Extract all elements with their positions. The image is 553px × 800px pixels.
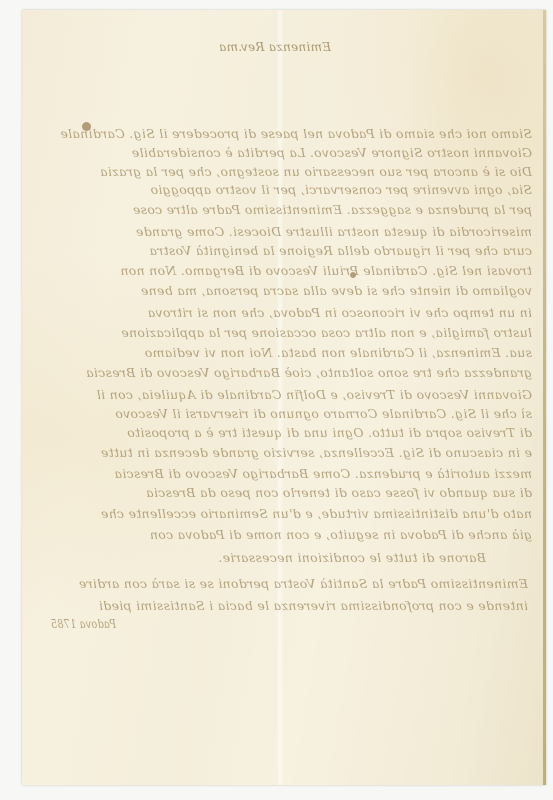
manuscript-line: Padova 1785 — [51, 616, 116, 631]
manuscript-line: Sia, ogni avvenire per conservarci, per … — [150, 182, 532, 197]
ink-stain — [82, 122, 91, 131]
manuscript-line: trovasi nel Sig. Cardinale Priuli Vescov… — [120, 263, 532, 278]
manuscript-page: Eminenza Rev.ma Siamo noi che siamo di P… — [22, 10, 546, 785]
manuscript-line: e in ciascuno di Sig. Eccellenza, serviz… — [101, 445, 532, 460]
manuscript-line: per la prudenza e saggezza. Eminentissim… — [133, 202, 532, 217]
manuscript-line: cura che per il riguardo della Regione l… — [149, 243, 532, 258]
manuscript-line: misericordia di questa nostra illustre D… — [136, 224, 532, 239]
ink-stain — [350, 272, 356, 278]
letter-heading: Eminenza Rev.ma — [219, 40, 331, 54]
manuscript-line: vogliamo di niente che si deve alla sacr… — [141, 283, 532, 298]
manuscript-line: lustro famiglia, e non altra cosa occasi… — [121, 325, 532, 340]
manuscript-line: sua. Eminenza, il Cardinale non basta. N… — [144, 345, 532, 360]
manuscript-line: intende e con profondissima riverenza le… — [99, 598, 528, 613]
manuscript-line: Dio si è ancora per suo necessario un so… — [100, 164, 532, 179]
manuscript-line: grandezza che tre sono soltanto, cioè Ba… — [86, 365, 532, 380]
manuscript-line: mezzi autorità e prudenza. Come Barbarig… — [114, 466, 532, 481]
manuscript-line: già anche di Padova in seguito, e con no… — [150, 527, 532, 542]
manuscript-line: di Treviso sopra di tutto. Ogni una di q… — [127, 425, 532, 440]
manuscript-line: di sua quando vi fosse caso di tenerlo c… — [146, 485, 532, 500]
manuscript-line: Eminentissimo Padre la Santità Vostra pe… — [79, 576, 528, 591]
manuscript-line: nato d'una distintissima virtude, e d'un… — [101, 506, 532, 521]
manuscript-line: in un tempo che vi riconosco in Padova, … — [148, 305, 532, 320]
manuscript-line: Siamo noi che siamo di Padova nel paese … — [60, 126, 532, 141]
mirrored-ink-layer: Eminenza Rev.ma Siamo noi che siamo di P… — [22, 10, 546, 785]
manuscript-line: Barone di tutte le condizioni necessarie… — [218, 550, 486, 565]
manuscript-line: Giovanni Vescovo di Treviso, e Dolfin Ca… — [97, 387, 532, 402]
manuscript-line: sì che il Sig. Cardinale Cornaro ognuno … — [115, 406, 532, 421]
manuscript-line: Giovanni nostro Signore Vescovo. La perd… — [132, 145, 532, 160]
